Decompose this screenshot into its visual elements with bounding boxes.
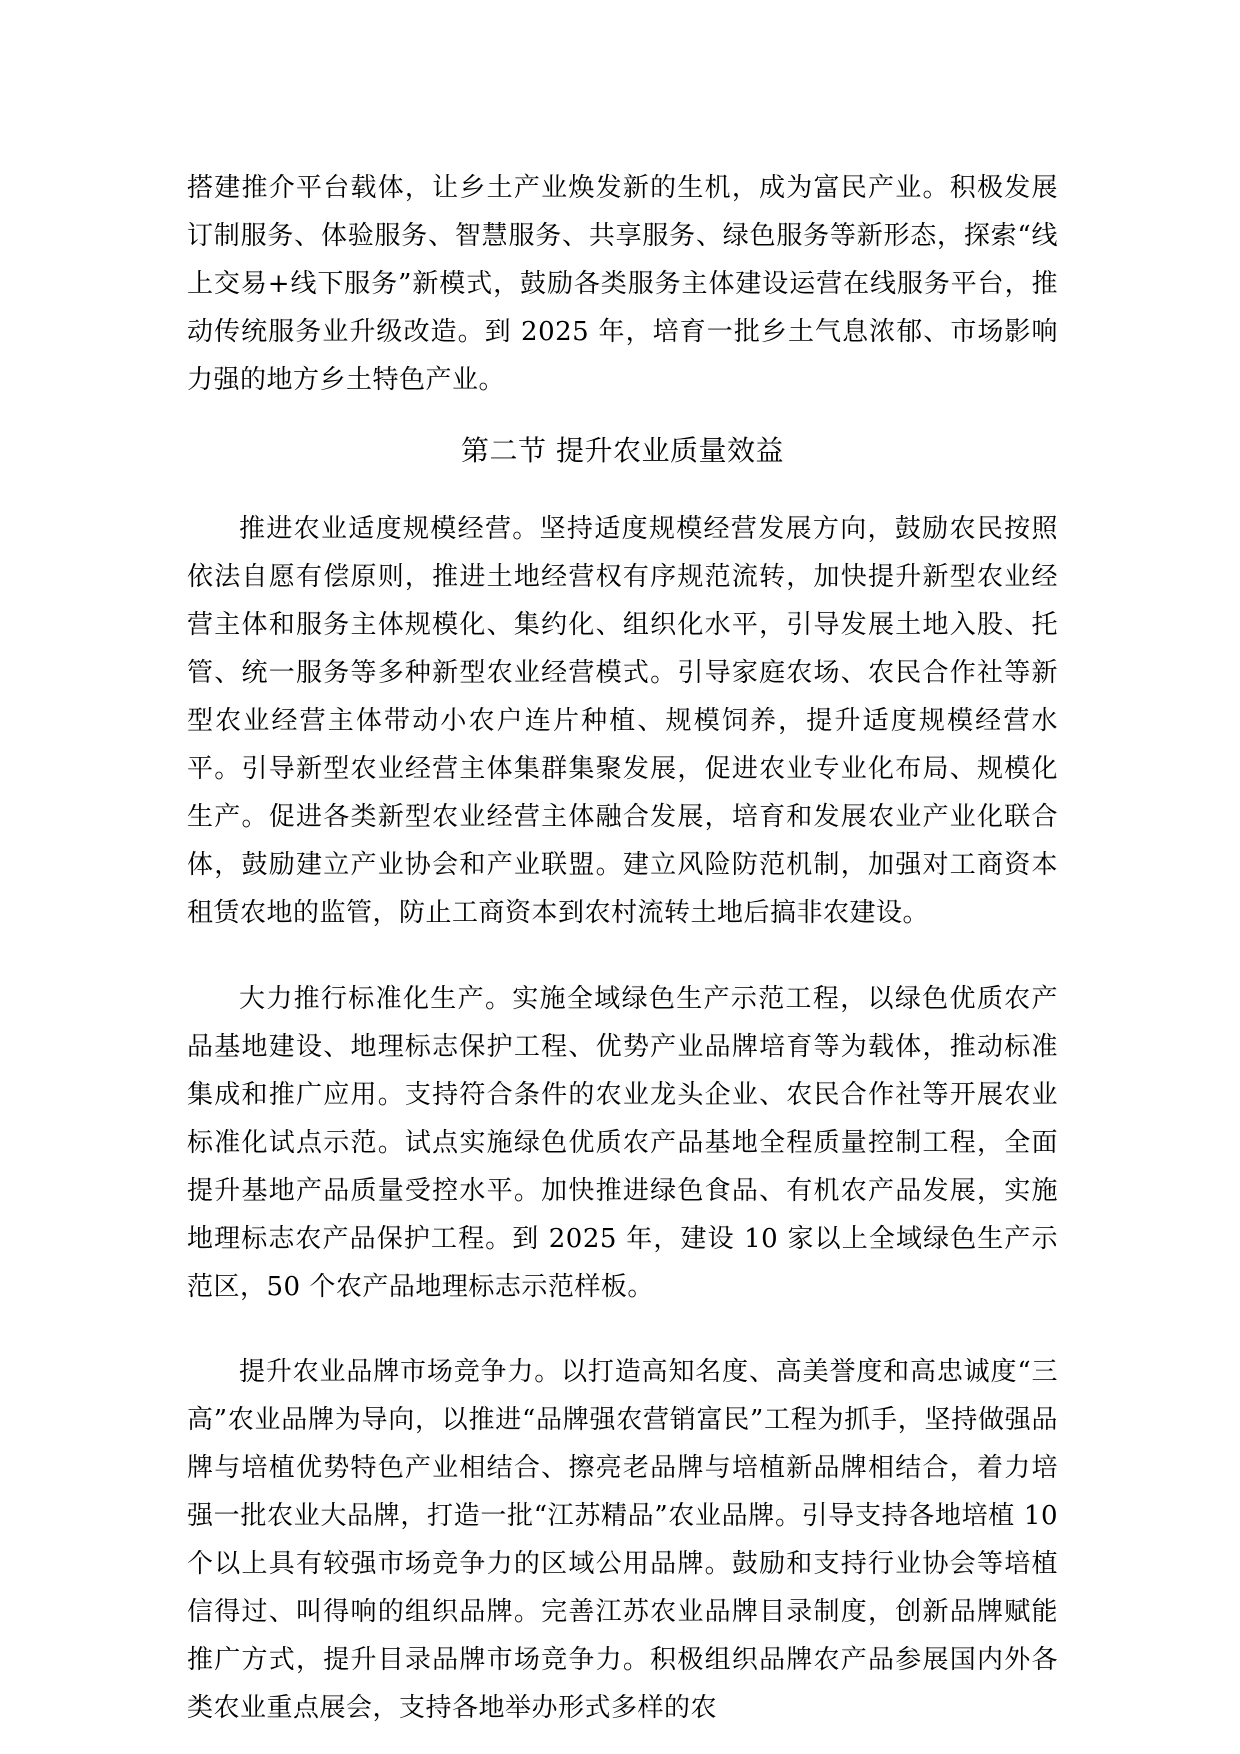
- paragraph-scale-operation: 推进农业适度规模经营。坚持适度规模经营发展方向，鼓励农民按照依法自愿有偿原则，推…: [187, 505, 1058, 937]
- paragraph-brand-competitiveness: 提升农业品牌市场竞争力。以打造高知名度、高美誉度和高忠诚度“三高”农业品牌为导向…: [187, 1348, 1058, 1732]
- paragraph-continuation: 搭建推介平台载体，让乡土产业焕发新的生机，成为富民产业。积极发展订制服务、体验服…: [187, 164, 1058, 404]
- page-content: 搭建推介平台载体，让乡土产业焕发新的生机，成为富民产业。积极发展订制服务、体验服…: [187, 164, 1058, 1732]
- document-page: 搭建推介平台载体，让乡土产业焕发新的生机，成为富民产业。积极发展订制服务、体验服…: [0, 0, 1240, 1754]
- section-heading: 第二节 提升农业质量效益: [187, 427, 1058, 475]
- paragraph-standardized-production: 大力推行标准化生产。实施全域绿色生产示范工程，以绿色优质农产品基地建设、地理标志…: [187, 975, 1058, 1311]
